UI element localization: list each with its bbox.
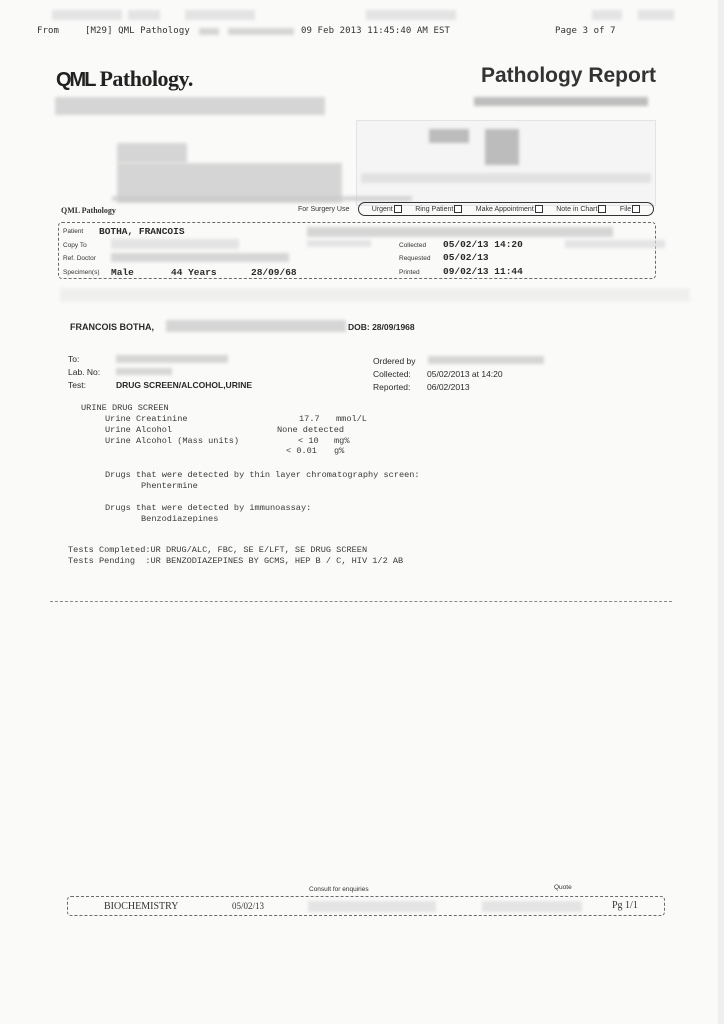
printed-datetime: 09/02/13 11:44 bbox=[443, 266, 523, 277]
logo-mark: QML bbox=[56, 69, 94, 91]
redacted-lab-number bbox=[116, 368, 172, 375]
redacted-text bbox=[111, 239, 239, 249]
patient-details-box: Patient BOTHA, FRANCOIS Copy To Ref. Doc… bbox=[58, 222, 656, 279]
checkbox-label: Urgent bbox=[372, 206, 393, 213]
footer-box: BIOCHEMISTRY 05/02/13 Pg 1/1 bbox=[67, 896, 665, 916]
redacted-text bbox=[361, 173, 651, 183]
faint-band bbox=[60, 288, 690, 302]
checkbox-label: Make Appointment bbox=[476, 206, 534, 213]
redacted-doctor bbox=[428, 356, 544, 364]
redacted-text bbox=[485, 129, 519, 165]
make-appointment-checkbox[interactable]: Make Appointment bbox=[476, 205, 543, 213]
redacted-address bbox=[166, 320, 346, 332]
requested-date: 05/02/13 bbox=[443, 252, 489, 263]
tlc-heading: Drugs that were detected by thin layer c… bbox=[105, 470, 420, 480]
redacted-recipient bbox=[117, 143, 187, 163]
result-value: None detected bbox=[277, 425, 344, 435]
consult-label: Consult for enquiries bbox=[309, 886, 369, 893]
result-name: Urine Alcohol (Mass units) bbox=[105, 436, 239, 446]
requested-label: Requested bbox=[399, 255, 430, 262]
section-title: URINE DRUG SCREEN bbox=[81, 403, 169, 413]
fax-page: From [M29] QML Pathology 09 Feb 2013 11:… bbox=[0, 0, 724, 1024]
patient-age: 44 Years bbox=[171, 267, 217, 278]
reported-label: Reported: bbox=[373, 382, 410, 392]
fax-page-number: Page 3 of 7 bbox=[555, 26, 616, 36]
redacted-address-box bbox=[356, 120, 656, 206]
ring-patient-checkbox[interactable]: Ring Patient bbox=[415, 205, 462, 213]
to-label: To: bbox=[68, 354, 79, 364]
checkbox-square-icon bbox=[598, 205, 606, 213]
page-edge bbox=[718, 0, 724, 1024]
test-label: Test: bbox=[68, 380, 86, 390]
department: BIOCHEMISTRY bbox=[104, 901, 178, 912]
redacted-text bbox=[228, 28, 294, 35]
immunoassay-result: Benzodiazepines bbox=[141, 514, 218, 524]
copy-to-label: Copy To bbox=[63, 242, 87, 249]
redacted-text bbox=[199, 28, 219, 35]
qml-logo: QML Pathology. bbox=[56, 66, 193, 92]
checkbox-square-icon bbox=[454, 205, 462, 213]
checkbox-label: Ring Patient bbox=[415, 206, 453, 213]
lab-no-label: Lab. No: bbox=[68, 367, 100, 377]
redacted-text bbox=[116, 355, 228, 363]
logo-text: Pathology. bbox=[99, 66, 192, 91]
report-patient-name: FRANCOIS BOTHA, bbox=[70, 322, 154, 332]
footer-page: Pg 1/1 bbox=[612, 900, 638, 911]
result-unit: g% bbox=[334, 446, 344, 456]
patient-name: BOTHA, FRANCOIS bbox=[99, 226, 185, 237]
checkbox-square-icon bbox=[394, 205, 402, 213]
tests-completed: Tests Completed:UR DRUG/ALC, FBC, SE E/L… bbox=[68, 545, 367, 555]
urgent-checkbox[interactable]: Urgent bbox=[372, 205, 402, 213]
redacted-text bbox=[638, 10, 674, 20]
redacted-consult bbox=[308, 901, 436, 912]
tests-pending: Tests Pending :UR BENZODIAZEPINES BY GCM… bbox=[68, 556, 403, 566]
redacted-text bbox=[307, 240, 371, 247]
redacted-quote bbox=[482, 901, 582, 912]
redacted-text bbox=[565, 240, 665, 248]
note-in-chart-checkbox[interactable]: Note in Chart bbox=[556, 205, 606, 213]
result-name: Urine Alcohol bbox=[105, 425, 172, 435]
redacted-text bbox=[128, 10, 160, 20]
collected-datetime: 05/02/13 14:20 bbox=[443, 239, 523, 250]
printed-label: Printed bbox=[399, 269, 420, 276]
reported-date: 06/02/2013 bbox=[427, 382, 470, 392]
checkbox-square-icon bbox=[535, 205, 543, 213]
redacted-text bbox=[592, 10, 622, 20]
divider bbox=[50, 601, 672, 602]
mini-logo: QML Pathology bbox=[61, 206, 116, 215]
result-value: 17.7 bbox=[299, 414, 320, 424]
result-unit: mmol/L bbox=[336, 414, 367, 424]
checkbox-label: File bbox=[620, 206, 631, 213]
test-name: DRUG SCREEN/ALCOHOL,URINE bbox=[116, 380, 252, 390]
fax-source: [M29] QML Pathology bbox=[85, 26, 190, 36]
file-checkbox[interactable]: File bbox=[620, 205, 640, 213]
patient-label: Patient bbox=[63, 228, 83, 235]
footer-date: 05/02/13 bbox=[232, 901, 264, 911]
surgery-use-label: For Surgery Use bbox=[298, 206, 349, 213]
redacted-text bbox=[111, 253, 289, 262]
report-title: Pathology Report bbox=[481, 64, 656, 88]
checkbox-square-icon bbox=[632, 205, 640, 213]
fax-from-label: From bbox=[37, 26, 59, 36]
redacted-text bbox=[307, 227, 613, 237]
ref-doctor-label: Ref. Doctor bbox=[63, 255, 96, 262]
report-dob: DOB: 28/09/1968 bbox=[348, 322, 415, 332]
collected-label: Collected: bbox=[373, 369, 411, 379]
result-unit: mg% bbox=[334, 436, 349, 446]
result-value: < 10 bbox=[298, 436, 319, 446]
patient-sex: Male bbox=[111, 267, 134, 278]
quote-label: Quote bbox=[554, 884, 572, 891]
collected-datetime: 05/02/2013 at 14:20 bbox=[427, 369, 503, 379]
patient-dob: 28/09/68 bbox=[251, 267, 297, 278]
redacted-text bbox=[112, 196, 412, 201]
collected-label: Collected bbox=[399, 242, 426, 249]
tlc-result: Phentermine bbox=[141, 481, 198, 491]
redacted-address bbox=[55, 97, 325, 115]
redacted-text bbox=[366, 10, 456, 20]
redacted-text bbox=[52, 10, 122, 20]
ordered-by-label: Ordered by bbox=[373, 356, 416, 366]
immunoassay-heading: Drugs that were detected by immunoassay: bbox=[105, 503, 311, 513]
redacted-subtitle bbox=[474, 97, 648, 106]
result-value: < 0.01 bbox=[286, 446, 317, 456]
checkbox-label: Note in Chart bbox=[556, 206, 597, 213]
fax-datetime: 09 Feb 2013 11:45:40 AM EST bbox=[301, 26, 450, 36]
redacted-text bbox=[429, 129, 469, 143]
redacted-text bbox=[185, 10, 255, 20]
result-name: Urine Creatinine bbox=[105, 414, 188, 424]
surgery-use-options: Urgent Ring Patient Make Appointment Not… bbox=[358, 202, 654, 216]
specimen-label: Specimen(s) bbox=[63, 269, 99, 276]
